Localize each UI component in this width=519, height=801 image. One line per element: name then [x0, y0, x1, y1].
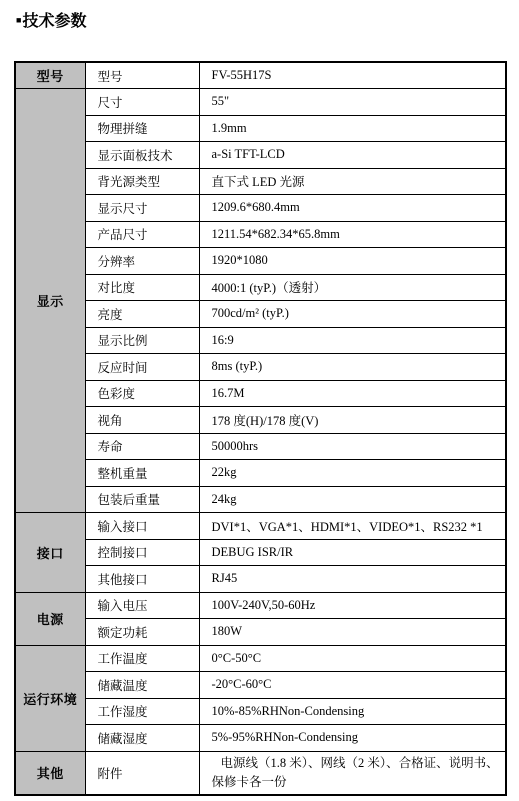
- spec-value-cell: 5%-95%RHNon-Condensing: [199, 725, 506, 752]
- spec-label-cell: 寿命: [85, 433, 199, 460]
- spec-value-cell: 22kg: [199, 460, 506, 487]
- table-row: 其他附件电源线（1.8 米）、网线（2 米）、合格证、说明书、保修卡各一份: [15, 751, 506, 795]
- table-row: 接口输入接口DVI*1、VGA*1、HDMI*1、VIDEO*1、RS232 *…: [15, 513, 506, 540]
- spec-label-cell: 整机重量: [85, 460, 199, 487]
- spec-label-cell: 型号: [85, 62, 199, 89]
- category-cell: 接口: [15, 513, 85, 593]
- table-row: 分辨率1920*1080: [15, 248, 506, 275]
- table-row: 物理拼缝1.9mm: [15, 115, 506, 142]
- spec-label-cell: 储藏湿度: [85, 725, 199, 752]
- spec-label-cell: 额定功耗: [85, 619, 199, 646]
- table-row: 显示比例16:9: [15, 327, 506, 354]
- table-row: 额定功耗180W: [15, 619, 506, 646]
- table-row: 显示面板技术a-Si TFT-LCD: [15, 142, 506, 169]
- spec-value-cell: 1920*1080: [199, 248, 506, 275]
- spec-value-cell: 1211.54*682.34*65.8mm: [199, 221, 506, 248]
- spec-value-cell: 4000:1 (tyP.)（透射）: [199, 274, 506, 301]
- spec-label-cell: 分辨率: [85, 248, 199, 275]
- table-row: 显示尺寸1209.6*680.4mm: [15, 195, 506, 222]
- table-row: 整机重量22kg: [15, 460, 506, 487]
- table-row: 运行环境工作温度0°C-50°C: [15, 645, 506, 672]
- table-row: 寿命50000hrs: [15, 433, 506, 460]
- page-title: ■技术参数: [16, 10, 519, 32]
- spec-value-cell: 电源线（1.8 米）、网线（2 米）、合格证、说明书、保修卡各一份: [199, 751, 506, 795]
- spec-value-cell: RJ45: [199, 566, 506, 593]
- spec-label-cell: 其他接口: [85, 566, 199, 593]
- spec-value-cell: 178 度(H)/178 度(V): [199, 407, 506, 434]
- spec-label-cell: 亮度: [85, 301, 199, 328]
- table-row: 视角178 度(H)/178 度(V): [15, 407, 506, 434]
- spec-value-cell: 100V-240V,50-60Hz: [199, 592, 506, 619]
- table-row: 背光源类型直下式 LED 光源: [15, 168, 506, 195]
- spec-value-cell: 8ms (tyP.): [199, 354, 506, 381]
- spec-label-cell: 输入接口: [85, 513, 199, 540]
- spec-value-cell: 180W: [199, 619, 506, 646]
- table-row: 工作湿度10%-85%RHNon-Condensing: [15, 698, 506, 725]
- table-row: 反应时间8ms (tyP.): [15, 354, 506, 381]
- spec-label-cell: 储藏温度: [85, 672, 199, 699]
- spec-label-cell: 色彩度: [85, 380, 199, 407]
- spec-label-cell: 附件: [85, 751, 199, 795]
- spec-label-cell: 尺寸: [85, 89, 199, 116]
- page-title-text: 技术参数: [22, 13, 86, 30]
- spec-label-cell: 视角: [85, 407, 199, 434]
- spec-value-cell: 16:9: [199, 327, 506, 354]
- spec-label-cell: 背光源类型: [85, 168, 199, 195]
- spec-value-cell: 24kg: [199, 486, 506, 513]
- spec-label-cell: 输入电压: [85, 592, 199, 619]
- spec-table-body: 型号型号FV-55H17S显示尺寸55"物理拼缝1.9mm显示面板技术a-Si …: [15, 62, 506, 795]
- spec-value-cell: DVI*1、VGA*1、HDMI*1、VIDEO*1、RS232 *1: [199, 513, 506, 540]
- spec-label-cell: 工作湿度: [85, 698, 199, 725]
- spec-value-cell: 700cd/m² (tyP.): [199, 301, 506, 328]
- spec-label-cell: 包装后重量: [85, 486, 199, 513]
- spec-label-cell: 显示比例: [85, 327, 199, 354]
- spec-value-cell: -20°C-60°C: [199, 672, 506, 699]
- spec-value-cell: 0°C-50°C: [199, 645, 506, 672]
- table-row: 储藏温度-20°C-60°C: [15, 672, 506, 699]
- square-bullet-icon: ■: [16, 15, 21, 25]
- spec-label-cell: 对比度: [85, 274, 199, 301]
- table-row: 亮度700cd/m² (tyP.): [15, 301, 506, 328]
- table-row: 型号型号FV-55H17S: [15, 62, 506, 89]
- spec-label-cell: 显示面板技术: [85, 142, 199, 169]
- category-cell: 型号: [15, 62, 85, 89]
- spec-label-cell: 产品尺寸: [85, 221, 199, 248]
- table-row: 对比度4000:1 (tyP.)（透射）: [15, 274, 506, 301]
- table-row: 产品尺寸1211.54*682.34*65.8mm: [15, 221, 506, 248]
- spec-value-cell: 1.9mm: [199, 115, 506, 142]
- spec-value-cell: 50000hrs: [199, 433, 506, 460]
- category-cell: 其他: [15, 751, 85, 795]
- category-cell: 显示: [15, 89, 85, 513]
- spec-value-cell: 1209.6*680.4mm: [199, 195, 506, 222]
- spec-table: 型号型号FV-55H17S显示尺寸55"物理拼缝1.9mm显示面板技术a-Si …: [14, 61, 507, 796]
- table-row: 储藏湿度5%-95%RHNon-Condensing: [15, 725, 506, 752]
- table-row: 控制接口DEBUG ISR/IR: [15, 539, 506, 566]
- spec-value-cell: 10%-85%RHNon-Condensing: [199, 698, 506, 725]
- spec-value-cell: a-Si TFT-LCD: [199, 142, 506, 169]
- spec-label-cell: 控制接口: [85, 539, 199, 566]
- category-cell: 电源: [15, 592, 85, 645]
- table-row: 其他接口RJ45: [15, 566, 506, 593]
- spec-label-cell: 显示尺寸: [85, 195, 199, 222]
- spec-value-cell: 16.7M: [199, 380, 506, 407]
- table-row: 显示尺寸55": [15, 89, 506, 116]
- spec-value-cell: DEBUG ISR/IR: [199, 539, 506, 566]
- category-cell: 运行环境: [15, 645, 85, 751]
- spec-value-cell: 直下式 LED 光源: [199, 168, 506, 195]
- spec-value-cell: FV-55H17S: [199, 62, 506, 89]
- table-row: 色彩度16.7M: [15, 380, 506, 407]
- spec-value-cell: 55": [199, 89, 506, 116]
- spec-label-cell: 工作温度: [85, 645, 199, 672]
- table-row: 包装后重量24kg: [15, 486, 506, 513]
- spec-label-cell: 物理拼缝: [85, 115, 199, 142]
- table-row: 电源输入电压100V-240V,50-60Hz: [15, 592, 506, 619]
- spec-label-cell: 反应时间: [85, 354, 199, 381]
